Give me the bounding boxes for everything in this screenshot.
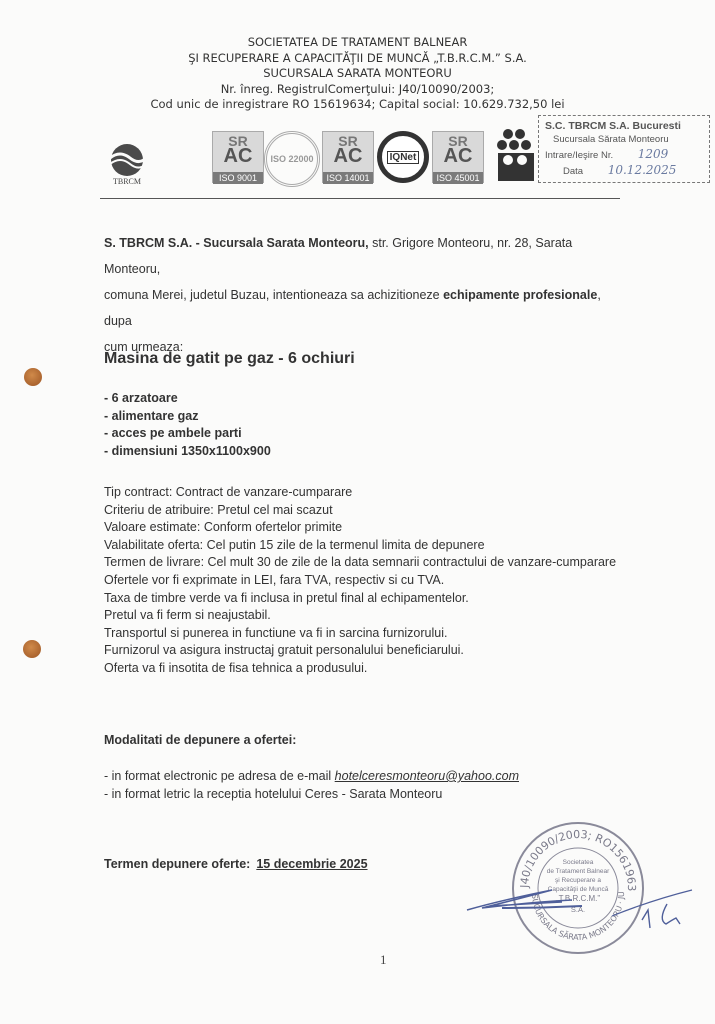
page-number: 1 bbox=[380, 952, 387, 968]
submission-methods: - in format electronic pe adresa de e-ma… bbox=[104, 768, 519, 803]
term-line: Ofertele vor fi exprimate in LEI, fara T… bbox=[104, 572, 616, 590]
svg-text:TBRCM: TBRCM bbox=[113, 177, 141, 186]
submission-deadline: Termen depunere oferte:15 decembrie 2025 bbox=[104, 857, 368, 871]
term-line: Valabilitate oferta: Cel putin 15 zile d… bbox=[104, 537, 616, 555]
registry-stamp-date: Data 10.12.2025 bbox=[545, 163, 703, 179]
spec-item: - 6 arzatoare bbox=[104, 390, 271, 408]
submission-title: Modalitati de depunere a ofertei: bbox=[104, 733, 296, 747]
letterhead-line-2: ŞI RECUPERARE A CAPACITĂŢII DE MUNCĂ „T.… bbox=[0, 51, 715, 67]
tbrcm-logo-icon: TBRCM bbox=[104, 140, 150, 186]
iqnet-cert-icon: IQNet bbox=[377, 131, 429, 183]
term-line: Oferta va fi insotita de fisa tehnica a … bbox=[104, 660, 616, 678]
term-line: Pretul va fi ferm si neajustabil. bbox=[104, 607, 616, 625]
email-link[interactable]: hotelceresmonteoru@yahoo.com bbox=[335, 769, 519, 783]
registry-entry-number: 1209 bbox=[638, 147, 669, 161]
registry-date-value: 10.12.2025 bbox=[608, 163, 677, 177]
letterhead-line-1: SOCIETATEA DE TRATAMENT BALNEAR bbox=[0, 35, 715, 51]
submission-method-paper: - in format letric la receptia hotelului… bbox=[104, 786, 519, 804]
intro-paragraph: S. TBRCM S.A. - Sucursala Sarata Monteor… bbox=[104, 230, 624, 360]
submission-method-electronic: - in format electronic pe adresa de e-ma… bbox=[104, 768, 519, 786]
letterhead-line-3: SUCURSALA SARATA MONTEORU bbox=[0, 66, 715, 82]
iso-45001-cert-icon: SR AC ISO 45001 bbox=[432, 131, 484, 183]
term-line: Transportul si punerea in functiune va f… bbox=[104, 625, 616, 643]
spec-item: - alimentare gaz bbox=[104, 408, 271, 426]
binder-hole-icon bbox=[23, 640, 41, 658]
spec-item: - dimensiuni 1350x1100x900 bbox=[104, 443, 271, 461]
term-line: Valoare estimate: Conform ofertelor prim… bbox=[104, 519, 616, 537]
term-line: Criteriu de atribuire: Pretul cel mai sc… bbox=[104, 502, 616, 520]
letterhead-line-4: Nr. înreg. RegistrulComerţului: J40/1009… bbox=[0, 82, 715, 98]
letterhead-line-5: Cod unic de inregistrare RO 15619634; Ca… bbox=[0, 97, 715, 113]
binder-hole-icon bbox=[24, 368, 42, 386]
letterhead: SOCIETATEA DE TRATAMENT BALNEAR ŞI RECUP… bbox=[0, 35, 715, 113]
grape-cluster-logo-icon bbox=[496, 126, 538, 182]
iso-9001-cert-icon: SR AC ISO 9001 bbox=[212, 131, 264, 183]
registry-stamp-company: S.C. TBRCM S.A. Bucuresti bbox=[545, 119, 703, 133]
registry-stamp: S.C. TBRCM S.A. Bucuresti Sucursala Săra… bbox=[538, 115, 710, 183]
registry-stamp-entry: Intrare/Ieşire Nr. 1209 bbox=[545, 147, 703, 163]
svg-text:de Tratament Balnear: de Tratament Balnear bbox=[547, 868, 610, 875]
term-line: Taxa de timbre verde va fi inclusa in pr… bbox=[104, 590, 616, 608]
svg-text:Societatea: Societatea bbox=[563, 859, 594, 866]
header-divider bbox=[100, 198, 620, 199]
spec-item: - acces pe ambele parti bbox=[104, 425, 271, 443]
product-title: Masina de gatit pe gaz - 6 ochiuri bbox=[104, 350, 355, 368]
contract-terms: Tip contract: Contract de vanzare-cumpar… bbox=[104, 484, 616, 678]
term-line: Furnizorul va asigura instructaj gratuit… bbox=[104, 642, 616, 660]
iso-14001-cert-icon: SR AC ISO 14001 bbox=[322, 131, 374, 183]
intro-line-2: comuna Merei, judetul Buzau, intentionea… bbox=[104, 282, 624, 334]
signature-icon bbox=[462, 880, 702, 950]
term-line: Termen de livrare: Cel mult 30 de zile d… bbox=[104, 554, 616, 572]
term-line: Tip contract: Contract de vanzare-cumpar… bbox=[104, 484, 616, 502]
deadline-label: Termen depunere oferte: bbox=[104, 857, 250, 871]
registry-stamp-branch: Sucursala Sărata Monteoru bbox=[545, 133, 703, 147]
product-specs: - 6 arzatoare - alimentare gaz - acces p… bbox=[104, 390, 271, 460]
deadline-date: 15 decembrie 2025 bbox=[256, 857, 367, 871]
brac-iso-22000-icon: ISO 22000 bbox=[264, 131, 320, 187]
intro-line-1: S. TBRCM S.A. - Sucursala Sarata Monteor… bbox=[104, 230, 624, 282]
